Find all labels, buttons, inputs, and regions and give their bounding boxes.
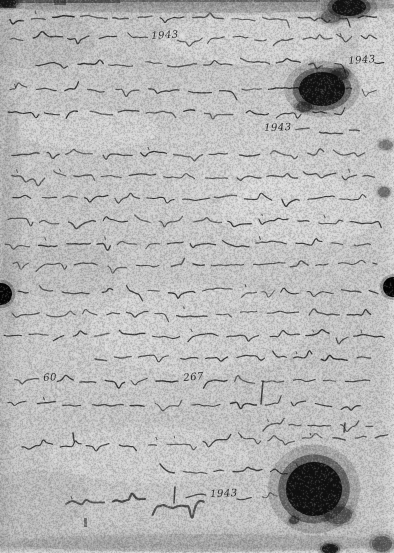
paper-grain-texture xyxy=(0,0,394,553)
scanned-letter-page: Scanned page of a handwritten letter in … xyxy=(0,0,394,553)
